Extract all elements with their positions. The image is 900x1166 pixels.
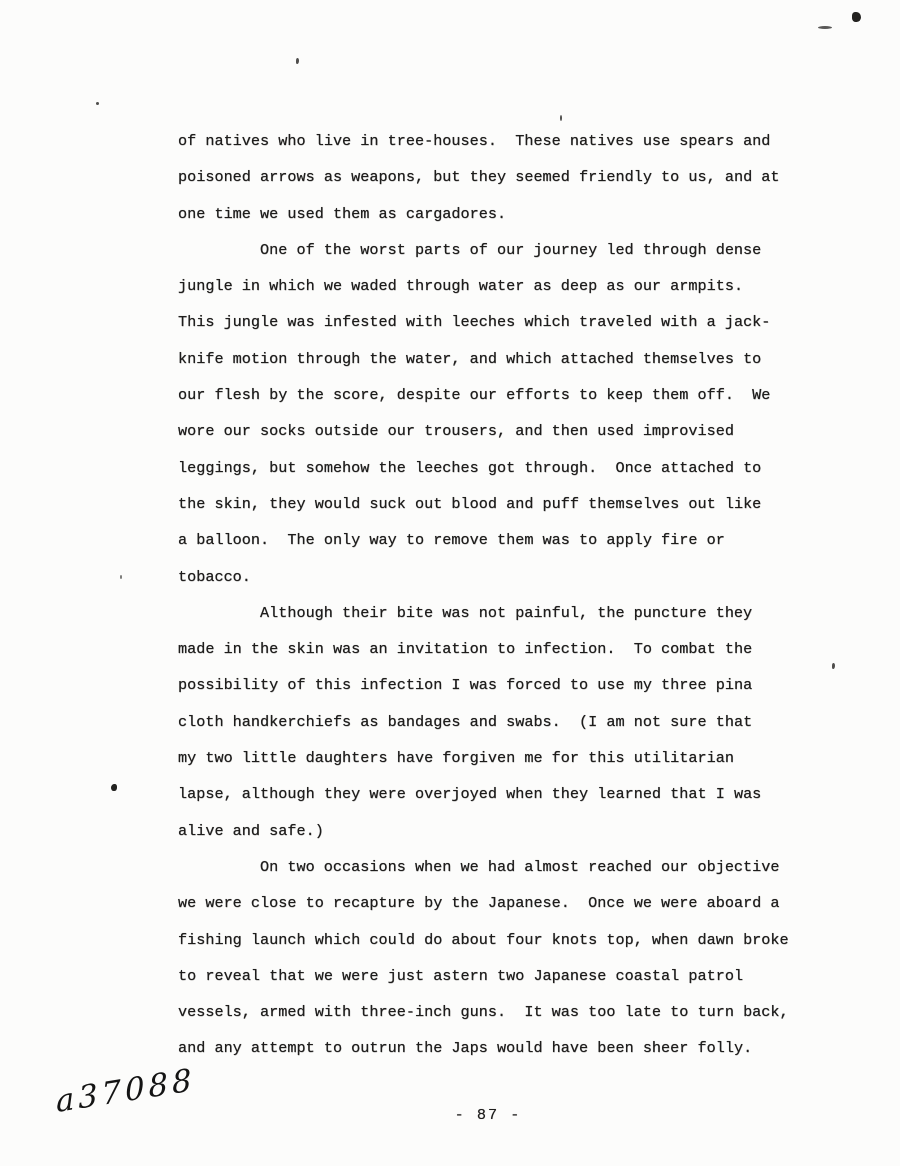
text-line: Although their bite was not painful, the… — [178, 595, 818, 631]
text-line: cloth handkerchiefs as bandages and swab… — [178, 704, 818, 740]
text-line: This jungle was infested with leeches wh… — [178, 304, 818, 340]
ink-speck — [832, 663, 835, 669]
text-line: made in the skin was an invitation to in… — [178, 631, 818, 667]
text-line: to reveal that we were just astern two J… — [178, 958, 818, 994]
body-text: of natives who live in tree-houses. Thes… — [178, 123, 818, 1067]
text-line: leggings, but somehow the leeches got th… — [178, 450, 818, 486]
text-line: knife motion through the water, and whic… — [178, 341, 818, 377]
text-line: our flesh by the score, despite our effo… — [178, 377, 818, 413]
text-line: of natives who live in tree-houses. Thes… — [178, 123, 818, 159]
ink-speck — [296, 58, 299, 64]
text-line: a balloon. The only way to remove them w… — [178, 522, 818, 558]
ink-blot — [852, 12, 861, 22]
ink-blot — [111, 784, 117, 791]
text-line: tobacco. — [178, 559, 818, 595]
text-line: my two little daughters have forgiven me… — [178, 740, 818, 776]
ink-speck — [560, 115, 562, 121]
handwritten-archive-number: a37088 — [55, 1062, 196, 1120]
page-number: - 87 - — [178, 1106, 798, 1124]
text-line: wore our socks outside our trousers, and… — [178, 413, 818, 449]
text-line: vessels, armed with three-inch guns. It … — [178, 994, 818, 1030]
ink-speck — [120, 575, 122, 579]
ink-smudge — [818, 26, 832, 29]
text-line: the skin, they would suck out blood and … — [178, 486, 818, 522]
text-line: On two occasions when we had almost reac… — [178, 849, 818, 885]
text-line: one time we used them as cargadores. — [178, 196, 818, 232]
text-line: jungle in which we waded through water a… — [178, 268, 818, 304]
text-line: poisoned arrows as weapons, but they see… — [178, 159, 818, 195]
typewritten-page: of natives who live in tree-houses. Thes… — [0, 0, 900, 1166]
text-line: we were close to recapture by the Japane… — [178, 885, 818, 921]
text-line: alive and safe.) — [178, 813, 818, 849]
text-line: fishing launch which could do about four… — [178, 922, 818, 958]
text-line: possibility of this infection I was forc… — [178, 667, 818, 703]
text-line: lapse, although they were overjoyed when… — [178, 776, 818, 812]
text-line: One of the worst parts of our journey le… — [178, 232, 818, 268]
ink-speck — [96, 102, 99, 105]
text-line: and any attempt to outrun the Japs would… — [178, 1030, 818, 1066]
